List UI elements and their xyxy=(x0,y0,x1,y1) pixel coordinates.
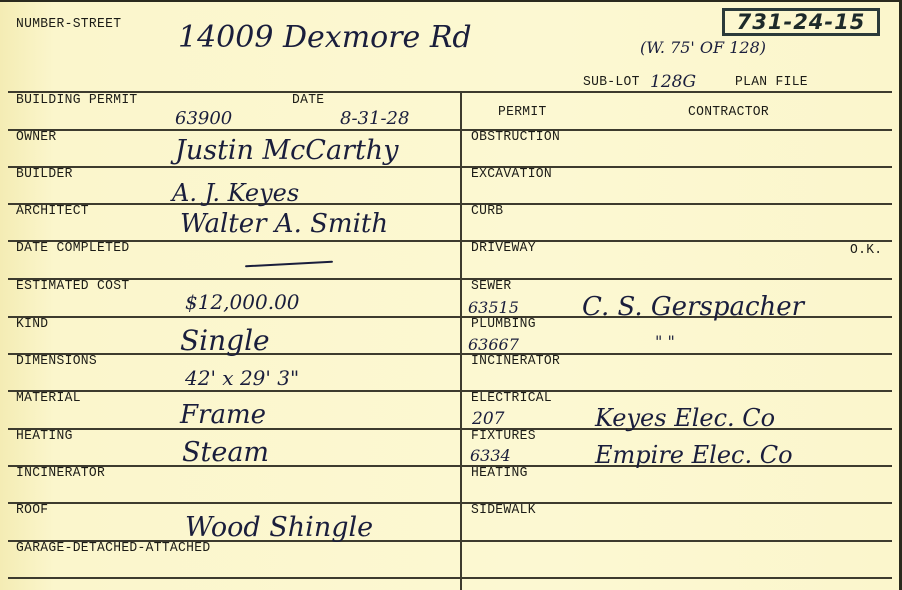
builder-label: BUILDER xyxy=(16,166,73,182)
rule-line xyxy=(8,166,892,168)
permit-row-fixtures: FIXTURES xyxy=(471,428,536,444)
permit-row-plumbing: PLUMBING xyxy=(471,316,536,332)
rule-line xyxy=(8,91,892,93)
dimensions-value: 42' x 29' 3" xyxy=(185,366,299,390)
plumbing-permit-number: 63667 xyxy=(468,335,519,354)
owner-value: Justin McCarthy xyxy=(175,135,398,166)
building-permit-label: BUILDING PERMIT xyxy=(16,92,138,108)
permit-row-obstruction: OBSTRUCTION xyxy=(471,129,560,145)
kind-value: Single xyxy=(180,324,270,357)
heating-value: Steam xyxy=(182,437,269,468)
material-value: Frame xyxy=(180,400,266,430)
permit-row-heating: HEATING xyxy=(471,465,528,481)
date-completed-dash xyxy=(245,261,333,268)
rule-line xyxy=(8,278,892,280)
electrical-contractor: Keyes Elec. Co xyxy=(595,404,775,432)
date-completed-label: DATE COMPLETED xyxy=(16,240,129,256)
address-value: 14009 Dexmore Rd xyxy=(178,20,472,55)
incinerator-label: INCINERATOR xyxy=(16,465,105,481)
builder-value: A. J. Keyes xyxy=(172,179,299,207)
permit-header: PERMIT xyxy=(498,104,547,120)
column-divider xyxy=(460,91,462,590)
fixtures-permit-number: 6334 xyxy=(470,446,511,465)
rule-line xyxy=(8,129,892,131)
rule-line xyxy=(8,353,892,355)
architect-label: ARCHITECT xyxy=(16,203,89,219)
material-label: MATERIAL xyxy=(16,390,81,406)
heating-label: HEATING xyxy=(16,428,73,444)
estimated-cost-label: ESTIMATED COST xyxy=(16,278,129,294)
owner-label: OWNER xyxy=(16,129,57,145)
roof-value: Wood Shingle xyxy=(185,512,373,543)
contractor-header: CONTRACTOR xyxy=(688,104,769,120)
permit-card: NUMBER-STREET 14009 Dexmore Rd 731-24-15… xyxy=(0,0,902,590)
permit-row-excavation: EXCAVATION xyxy=(471,166,552,182)
date-value: 8-31-28 xyxy=(340,108,409,129)
garage-label: GARAGE-DETACHED-ATTACHED xyxy=(16,540,210,556)
fixtures-contractor: Empire Elec. Co xyxy=(595,441,793,469)
rule-line xyxy=(8,502,892,504)
kind-label: KIND xyxy=(16,316,48,332)
roof-label: ROOF xyxy=(16,502,48,518)
architect-value: Walter A. Smith xyxy=(180,209,388,239)
file-number-stamp: 731-24-15 xyxy=(722,8,880,36)
plumbing-contractor: " " xyxy=(655,332,675,351)
dimensions-label: DIMENSIONS xyxy=(16,353,97,369)
rule-line xyxy=(8,240,892,242)
driveway-note: O.K. xyxy=(850,242,882,258)
electrical-permit-number: 207 xyxy=(472,409,504,429)
estimated-cost-value: $12,000.00 xyxy=(185,290,300,314)
permit-row-sidewalk: SIDEWALK xyxy=(471,502,536,518)
rule-line xyxy=(8,577,892,579)
date-label: DATE xyxy=(292,92,324,108)
lot-note: (W. 75' OF 128) xyxy=(640,38,766,57)
building-permit-value: 63900 xyxy=(175,108,232,129)
permit-row-sewer: SEWER xyxy=(471,278,512,294)
permit-row-curb: CURB xyxy=(471,203,503,219)
sewer-permit-number: 63515 xyxy=(468,298,519,317)
plan-file-label: PLAN FILE xyxy=(735,74,808,90)
address-label: NUMBER-STREET xyxy=(16,16,121,32)
sublot-label: SUB-LOT xyxy=(583,74,640,90)
rule-line xyxy=(8,390,892,392)
sewer-contractor: C. S. Gerspacher xyxy=(582,292,804,322)
permit-row-electrical: ELECTRICAL xyxy=(471,390,552,406)
rule-line xyxy=(8,203,892,205)
sublot-value: 128G xyxy=(650,72,696,92)
permit-row-incinerator: INCINERATOR xyxy=(471,353,560,369)
permit-row-driveway: DRIVEWAY xyxy=(471,240,536,256)
